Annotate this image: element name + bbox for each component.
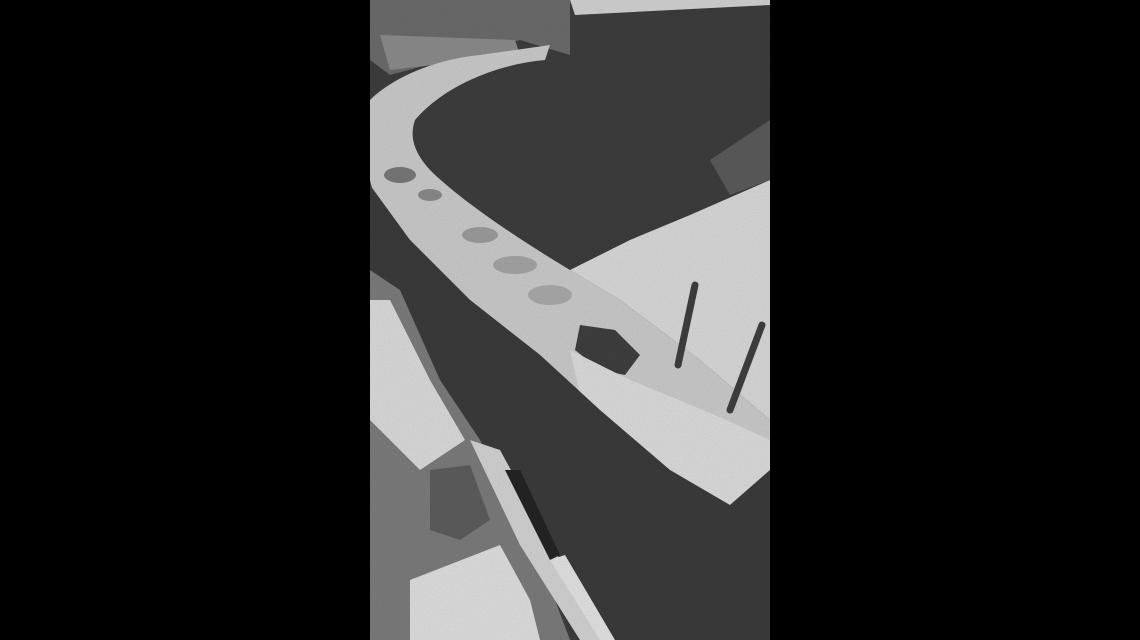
newspaper-photo <box>370 0 770 640</box>
photo-scene <box>370 0 770 640</box>
